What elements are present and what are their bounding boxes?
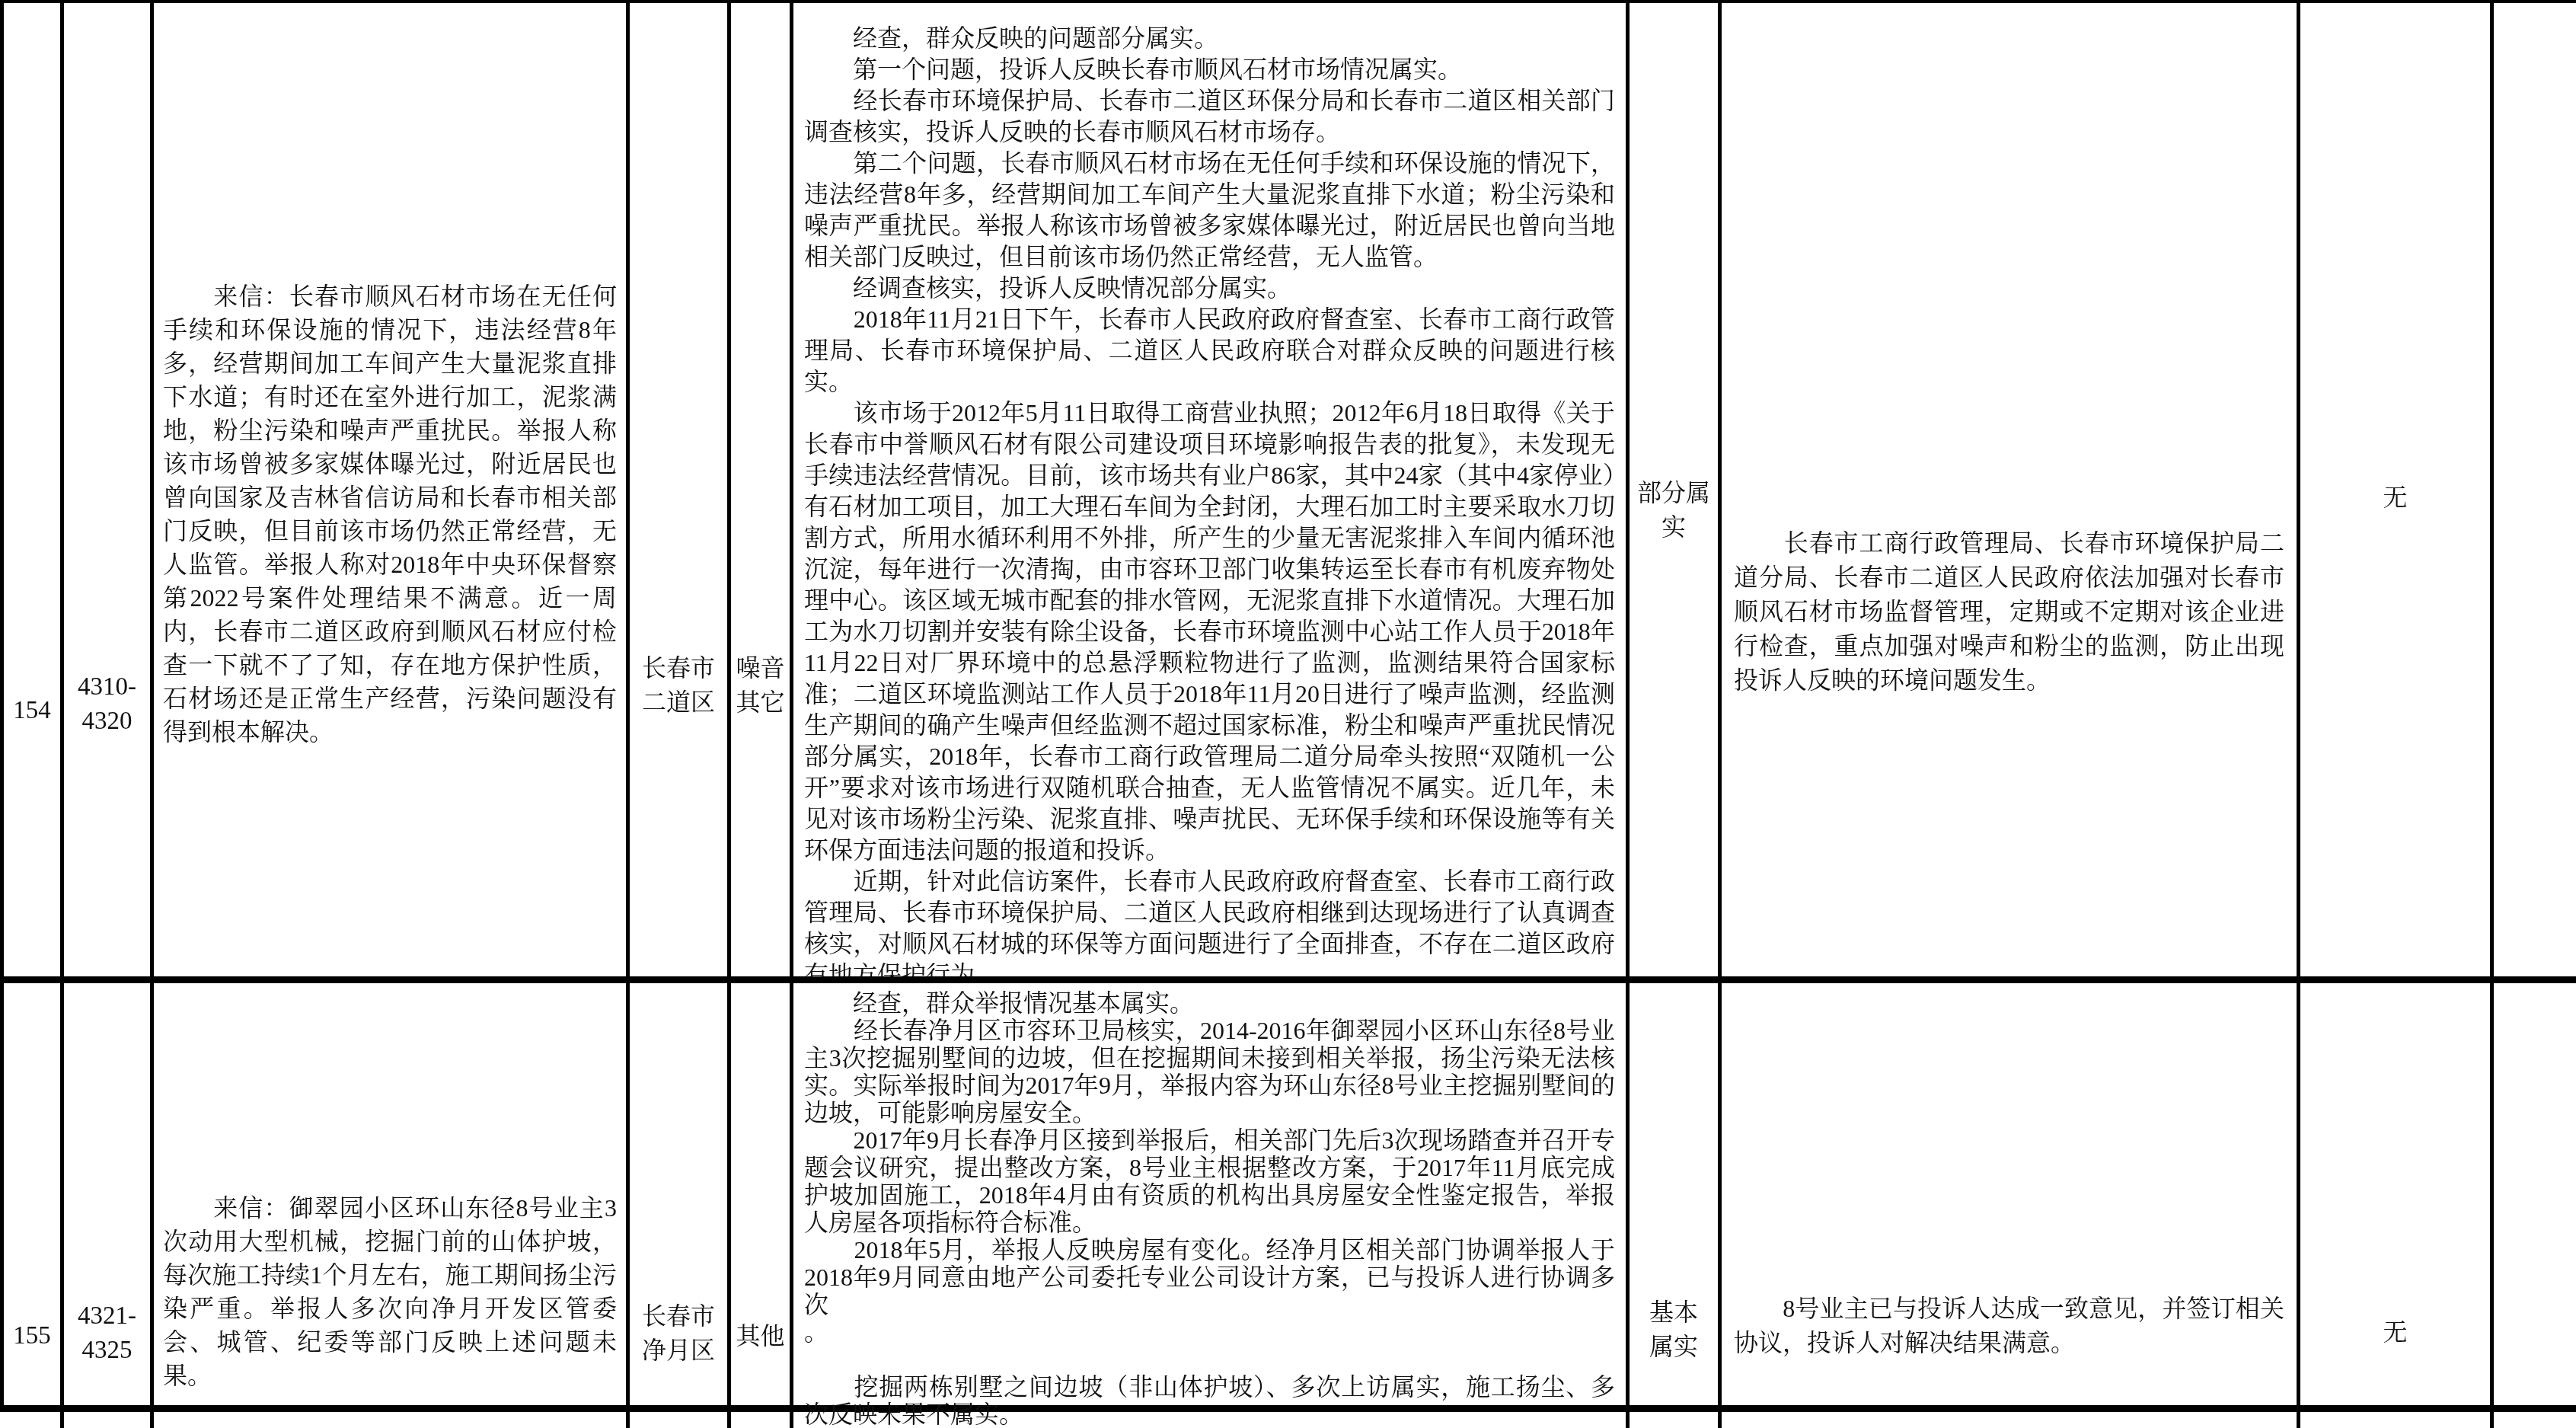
accountability-text: 无 xyxy=(2300,1315,2490,1350)
category-text: 其他 xyxy=(731,1319,790,1353)
verification-cell: 基本 属实 xyxy=(1630,983,1722,1412)
district-text: 长春市 净月区 xyxy=(630,1299,727,1368)
category-text: 噪音 其它 xyxy=(731,651,790,720)
district-text: 长春市 二道区 xyxy=(630,651,727,720)
complaint-cell: 来信：御翠园小区环山东径8号业主3次动用大型机械，挖掘门前的山体护坡，每次施工持… xyxy=(154,983,630,1412)
case-number-range: 4321- 4325 xyxy=(64,1299,150,1368)
investigation-cell: 经查，群众举报情况基本属实。 经长春净月区市容环卫局核实，2014-2016年御… xyxy=(793,983,1630,1412)
measures-cell: 8号业主已与投诉人达成一致意见，并签订相关协议，投诉人对解决结果满意。 xyxy=(1722,983,2300,1412)
verification-text: 部分属 实 xyxy=(1630,476,1718,545)
case-number-range: 4310- 4320 xyxy=(64,670,150,739)
accountability-cell: 无 xyxy=(2300,3,2494,976)
row-number-cell: 155 xyxy=(4,983,64,1412)
accountability-text: 无 xyxy=(2300,481,2490,515)
row-number: 154 xyxy=(4,694,60,728)
row-number-cell: 154 xyxy=(4,3,64,976)
case-number-cell: 4321- 4325 xyxy=(64,983,154,1412)
complaint-cell: 来信：长春市顺风石材市场在无任何手续和环保设施的情况下，违法经营8年多，经营期间… xyxy=(154,3,630,976)
case-number-cell: 4310- 4320 xyxy=(64,3,154,976)
trailing-cell xyxy=(2494,983,2576,1412)
table-row-155: 155 4321- 4325 来信：御翠园小区环山东径8号业主3次动用大型机械，… xyxy=(4,983,2576,1412)
row-number: 155 xyxy=(4,1319,60,1353)
investigation-text: 经查，群众反映的问题部分属实。 第一个问题，投诉人反映长春市顺风石材市场情况属实… xyxy=(793,23,1626,976)
trailing-cell xyxy=(2494,3,2576,976)
table-row-154: 154 4310- 4320 来信：长春市顺风石材市场在无任何手续和环保设施的情… xyxy=(4,3,2576,983)
complaint-text: 来信：御翠园小区环山东径8号业主3次动用大型机械，挖掘门前的山体护坡，每次施工持… xyxy=(154,1191,626,1392)
category-cell: 其他 xyxy=(731,983,793,1412)
district-cell: 长春市 净月区 xyxy=(630,983,731,1412)
complaint-text: 来信：长春市顺风石材市场在无任何手续和环保设施的情况下，违法经营8年多，经营期间… xyxy=(154,280,626,749)
verification-cell: 部分属 实 xyxy=(1630,3,1722,976)
district-cell: 长春市 二道区 xyxy=(630,3,731,976)
petition-table: 154 4310- 4320 来信：长春市顺风石材市场在无任何手续和环保设施的情… xyxy=(0,0,2576,1412)
investigation-cell: 经查，群众反映的问题部分属实。 第一个问题，投诉人反映长春市顺风石材市场情况属实… xyxy=(793,3,1630,976)
verification-text: 基本 属实 xyxy=(1630,1295,1718,1364)
investigation-text: 经查，群众举报情况基本属实。 经长春净月区市容环卫局核实，2014-2016年御… xyxy=(793,989,1626,1412)
measures-text: 长春市工商行政管理局、长春市环境保护局二道分局、长春市二道区人民政府依法加强对长… xyxy=(1722,526,2297,698)
accountability-cell: 无 xyxy=(2300,983,2494,1412)
measures-text: 8号业主已与投诉人达成一致意见，并签订相关协议，投诉人对解决结果满意。 xyxy=(1722,1292,2297,1360)
measures-cell: 长春市工商行政管理局、长春市环境保护局二道分局、长春市二道区人民政府依法加强对长… xyxy=(1722,3,2300,976)
category-cell: 噪音 其它 xyxy=(731,3,793,976)
